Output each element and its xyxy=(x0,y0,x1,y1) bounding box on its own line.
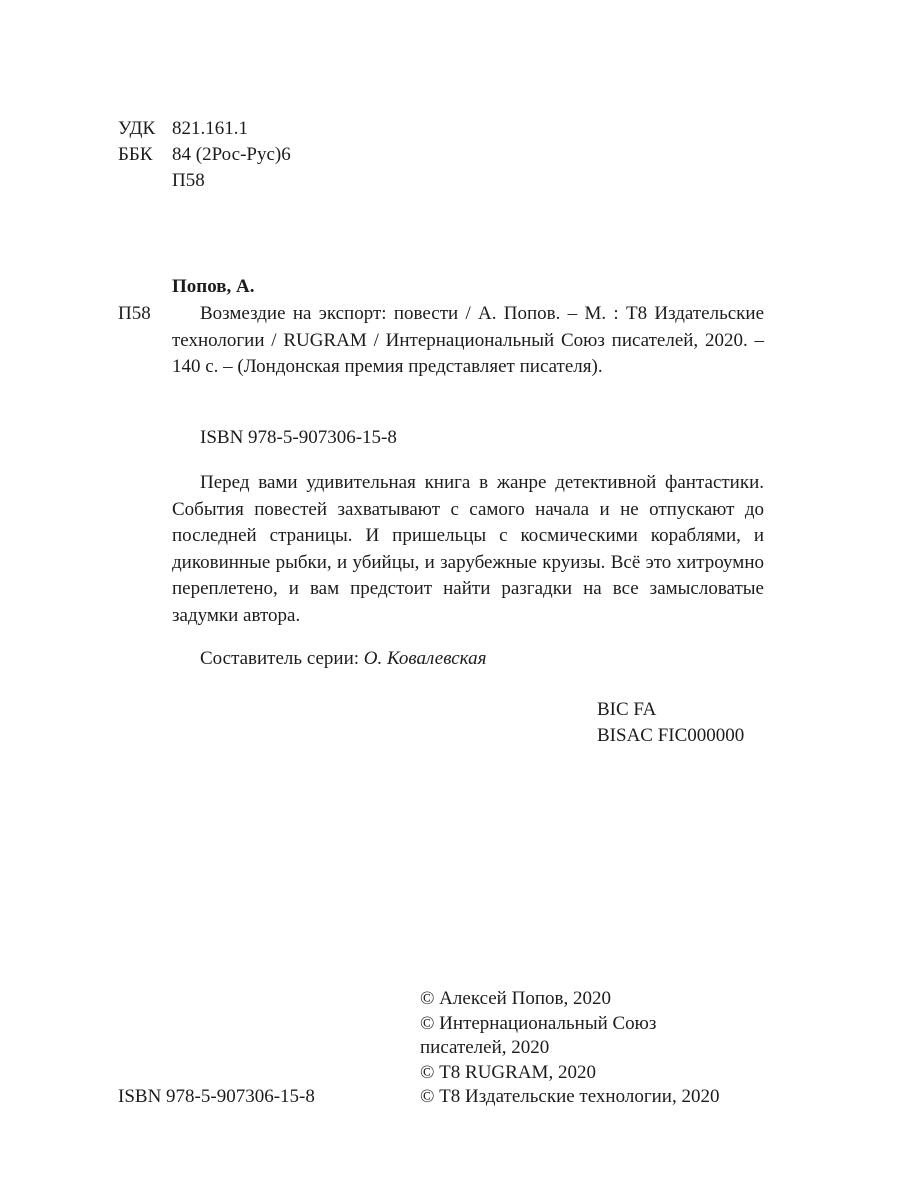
copyright-line: © Т8 RUGRAM, 2020 xyxy=(420,1061,719,1086)
series-compiler-name: О. Ковалевская xyxy=(364,648,487,669)
copyright-line: © Алексей Попов, 2020 xyxy=(420,987,719,1012)
footer-isbn: ISBN 978-5-907306-15-8 xyxy=(118,1084,315,1109)
bic-code: BIC FA xyxy=(597,697,744,723)
copyright-line: © Т8 Издательские технологии, 2020 xyxy=(420,1085,719,1110)
bisac-code: BISAC FIC000000 xyxy=(597,723,744,749)
annotation-paragraph: Перед вами удивительная книга в жанре де… xyxy=(172,470,764,629)
copyright-block: © Алексей Попов, 2020 © Интернациональны… xyxy=(420,987,719,1110)
author-sign: П58 xyxy=(172,168,205,193)
series-compiler-label: Составитель серии: xyxy=(200,648,359,669)
udk-value: 821.161.1 xyxy=(172,116,248,141)
udk-row: УДК821.161.1 xyxy=(118,116,291,142)
udk-label: УДК xyxy=(118,116,172,141)
subject-codes: BIC FA BISAC FIC000000 xyxy=(597,697,744,749)
bbk-value: 84 (2Рос-Рус)6 xyxy=(172,142,291,167)
author-heading: Попов, А. xyxy=(172,274,255,299)
bbk-row: ББК84 (2Рос-Рус)6 xyxy=(118,142,291,168)
series-compiler: Составитель серии: О. Ковалевская xyxy=(200,646,486,671)
author-sign-row: П58 xyxy=(118,168,291,194)
copyright-line: © Интернациональный Союз xyxy=(420,1012,719,1037)
author-sign-margin: П58 xyxy=(118,301,151,326)
copyright-line: писателей, 2020 xyxy=(420,1036,719,1061)
classification-codes: УДК821.161.1 ББК84 (2Рос-Рус)6 П58 xyxy=(118,116,291,194)
bibliographic-description: Возмездие на экспорт: повести / А. Попов… xyxy=(172,301,764,381)
isbn: ISBN 978-5-907306-15-8 xyxy=(200,425,397,450)
bbk-label: ББК xyxy=(118,142,172,167)
